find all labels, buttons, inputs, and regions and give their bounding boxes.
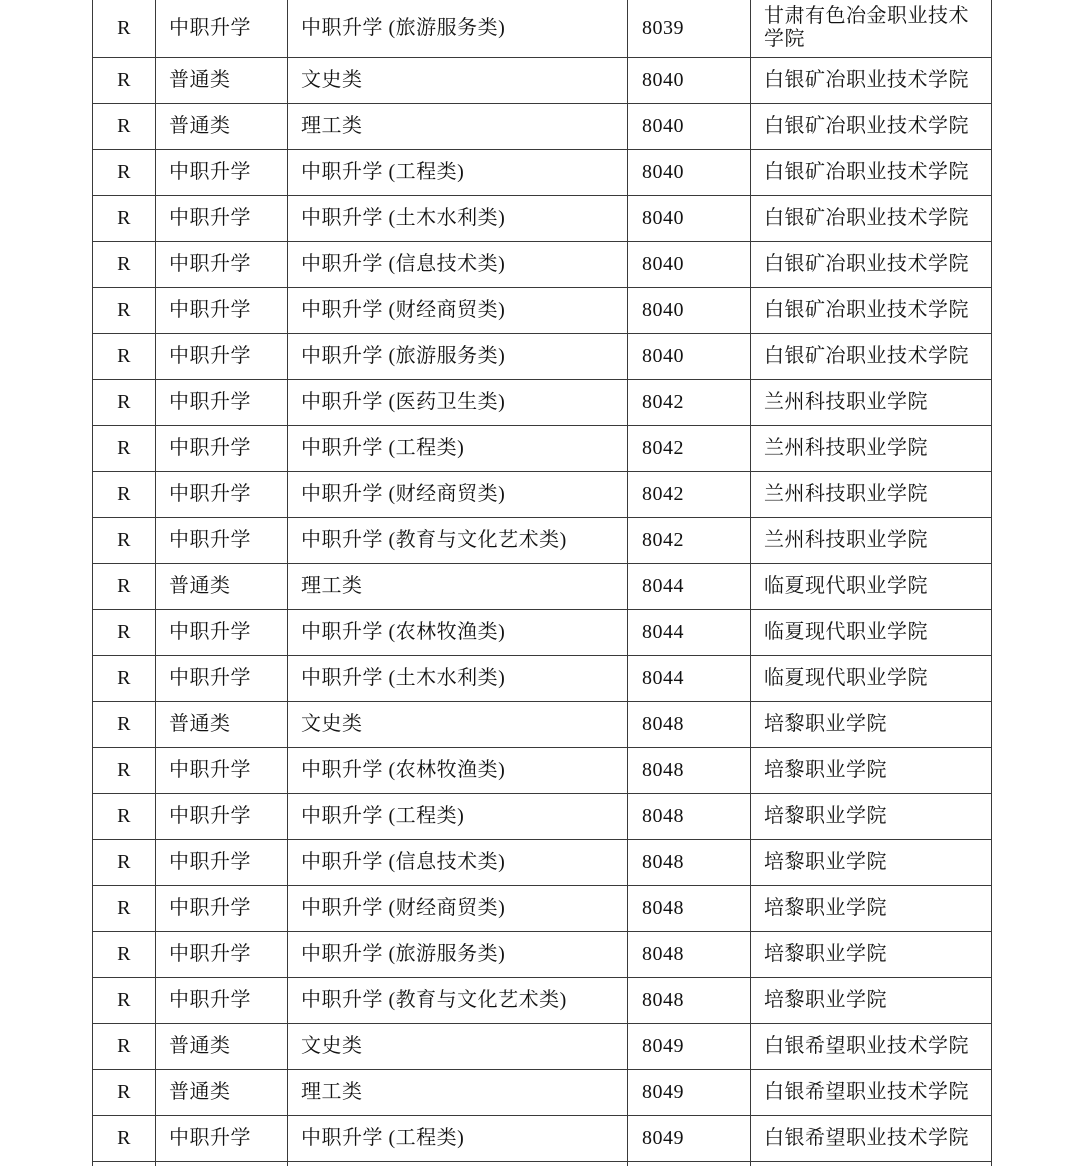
cell-institution: 白银希望职业技术学院 (751, 1069, 992, 1115)
table-row-partial (93, 1161, 992, 1166)
cell-code: 8042 (628, 471, 751, 517)
cell-subcategory: 中职升学 (农林牧渔类) (288, 747, 628, 793)
cell-reg-type: R (93, 977, 156, 1023)
cell-subcategory: 中职升学 (旅游服务类) (288, 931, 628, 977)
cell-code: 8039 (628, 0, 751, 57)
cell-category: 中职升学 (156, 241, 288, 287)
cell-institution: 白银矿冶职业技术学院 (751, 149, 992, 195)
table-row: R 中职升学 中职升学 (工程类) 8040 白银矿冶职业技术学院 (93, 149, 992, 195)
cell-institution: 培黎职业学院 (751, 885, 992, 931)
cell-reg-type: R (93, 931, 156, 977)
table-row: R 中职升学 中职升学 (土木水利类) 8044 临夏现代职业学院 (93, 655, 992, 701)
cell-category: 中职升学 (156, 379, 288, 425)
cell-code: 8044 (628, 563, 751, 609)
cell-institution: 临夏现代职业学院 (751, 609, 992, 655)
cell-reg-type: R (93, 0, 156, 57)
cell-reg-type: R (93, 563, 156, 609)
cell-subcategory: 中职升学 (旅游服务类) (288, 333, 628, 379)
table-row: R 中职升学 中职升学 (农林牧渔类) 8044 临夏现代职业学院 (93, 609, 992, 655)
cell-code: 8048 (628, 701, 751, 747)
cell-reg-type: R (93, 149, 156, 195)
cell-reg-type: R (93, 747, 156, 793)
cell-reg-type: R (93, 655, 156, 701)
cell-subcategory: 中职升学 (医药卫生类) (288, 379, 628, 425)
table-row: R 中职升学 中职升学 (信息技术类) 8048 培黎职业学院 (93, 839, 992, 885)
cell-category: 中职升学 (156, 517, 288, 563)
cell-institution: 培黎职业学院 (751, 977, 992, 1023)
cell-category: 中职升学 (156, 149, 288, 195)
cell-reg-type: R (93, 333, 156, 379)
cell-code: 8048 (628, 885, 751, 931)
cell-code: 8048 (628, 839, 751, 885)
cell-code: 8040 (628, 241, 751, 287)
cell-code: 8040 (628, 333, 751, 379)
cell-institution: 兰州科技职业学院 (751, 471, 992, 517)
cell-institution: 白银希望职业技术学院 (751, 1115, 992, 1161)
table-row: R 中职升学 中职升学 (土木水利类) 8040 白银矿冶职业技术学院 (93, 195, 992, 241)
cell-category: 中职升学 (156, 655, 288, 701)
cell-category: 普通类 (156, 1023, 288, 1069)
table-row: R 中职升学 中职升学 (农林牧渔类) 8048 培黎职业学院 (93, 747, 992, 793)
table-row: R 中职升学 中职升学 (旅游服务类) 8048 培黎职业学院 (93, 931, 992, 977)
cell-institution: 培黎职业学院 (751, 747, 992, 793)
cell-subcategory: 文史类 (288, 57, 628, 103)
cell-reg-type: R (93, 885, 156, 931)
cell-category: 普通类 (156, 103, 288, 149)
document-page: R 中职升学 中职升学 (旅游服务类) 8039 甘肃有色冶金职业技术学院 R … (0, 0, 1080, 1166)
cell-code: 8040 (628, 103, 751, 149)
cell-institution: 兰州科技职业学院 (751, 379, 992, 425)
cell-subcategory: 文史类 (288, 701, 628, 747)
table-row: R 中职升学 中职升学 (工程类) 8048 培黎职业学院 (93, 793, 992, 839)
table-row: R 中职升学 中职升学 (信息技术类) 8040 白银矿冶职业技术学院 (93, 241, 992, 287)
cell-subcategory: 中职升学 (工程类) (288, 793, 628, 839)
cell-subcategory: 中职升学 (旅游服务类) (288, 0, 628, 57)
cell-code: 8049 (628, 1023, 751, 1069)
cell-reg-type: R (93, 1115, 156, 1161)
cell-code: 8044 (628, 609, 751, 655)
cell-category: 中职升学 (156, 793, 288, 839)
cell-subcategory: 文史类 (288, 1023, 628, 1069)
admissions-table-body: R 中职升学 中职升学 (旅游服务类) 8039 甘肃有色冶金职业技术学院 R … (93, 0, 992, 1166)
cell-institution: 临夏现代职业学院 (751, 655, 992, 701)
cell-category: 中职升学 (156, 425, 288, 471)
cell-subcategory: 中职升学 (信息技术类) (288, 241, 628, 287)
cell-institution: 白银矿冶职业技术学院 (751, 103, 992, 149)
cell-category: 普通类 (156, 1069, 288, 1115)
cell-reg-type: R (93, 425, 156, 471)
cell-subcategory: 中职升学 (工程类) (288, 425, 628, 471)
cell-reg-type: R (93, 103, 156, 149)
table-row: R 中职升学 中职升学 (医药卫生类) 8042 兰州科技职业学院 (93, 379, 992, 425)
cell-subcategory: 理工类 (288, 103, 628, 149)
cell-category: 中职升学 (156, 977, 288, 1023)
cell-institution (751, 1161, 992, 1166)
cell-category: 中职升学 (156, 747, 288, 793)
cell-reg-type: R (93, 241, 156, 287)
cell-reg-type: R (93, 839, 156, 885)
cell-institution: 甘肃有色冶金职业技术学院 (751, 0, 992, 57)
cell-institution: 培黎职业学院 (751, 931, 992, 977)
cell-category: 普通类 (156, 57, 288, 103)
cell-institution: 白银矿冶职业技术学院 (751, 241, 992, 287)
cell-reg-type: R (93, 701, 156, 747)
cell-institution: 兰州科技职业学院 (751, 517, 992, 563)
cell-code: 8042 (628, 517, 751, 563)
cell-code: 8048 (628, 793, 751, 839)
table-row: R 中职升学 中职升学 (工程类) 8042 兰州科技职业学院 (93, 425, 992, 471)
cell-reg-type: R (93, 1023, 156, 1069)
cell-reg-type: R (93, 1069, 156, 1115)
table-row: R 中职升学 中职升学 (财经商贸类) 8040 白银矿冶职业技术学院 (93, 287, 992, 333)
cell-category: 中职升学 (156, 1115, 288, 1161)
cell-subcategory: 中职升学 (教育与文化艺术类) (288, 517, 628, 563)
cell-institution: 白银矿冶职业技术学院 (751, 195, 992, 241)
cell-reg-type: R (93, 195, 156, 241)
cell-category: 中职升学 (156, 471, 288, 517)
table-row: R 普通类 理工类 8040 白银矿冶职业技术学院 (93, 103, 992, 149)
admissions-table: R 中职升学 中职升学 (旅游服务类) 8039 甘肃有色冶金职业技术学院 R … (92, 0, 992, 1166)
cell-institution: 白银希望职业技术学院 (751, 1023, 992, 1069)
cell-code: 8042 (628, 379, 751, 425)
cell-code: 8048 (628, 977, 751, 1023)
cell-institution: 白银矿冶职业技术学院 (751, 287, 992, 333)
table-row: R 中职升学 中职升学 (财经商贸类) 8048 培黎职业学院 (93, 885, 992, 931)
cell-reg-type: R (93, 57, 156, 103)
cell-subcategory: 中职升学 (土木水利类) (288, 655, 628, 701)
cell-subcategory: 理工类 (288, 563, 628, 609)
cell-subcategory: 中职升学 (工程类) (288, 149, 628, 195)
table-row: R 普通类 理工类 8049 白银希望职业技术学院 (93, 1069, 992, 1115)
cell-institution: 白银矿冶职业技术学院 (751, 333, 992, 379)
cell-reg-type (93, 1161, 156, 1166)
cell-institution: 白银矿冶职业技术学院 (751, 57, 992, 103)
cell-subcategory: 中职升学 (财经商贸类) (288, 471, 628, 517)
table-row: R 普通类 理工类 8044 临夏现代职业学院 (93, 563, 992, 609)
table-row: R 中职升学 中职升学 (工程类) 8049 白银希望职业技术学院 (93, 1115, 992, 1161)
cell-reg-type: R (93, 379, 156, 425)
cell-category: 中职升学 (156, 0, 288, 57)
cell-institution: 兰州科技职业学院 (751, 425, 992, 471)
cell-category (156, 1161, 288, 1166)
cell-category: 普通类 (156, 563, 288, 609)
cell-code: 8040 (628, 149, 751, 195)
table-row: R 中职升学 中职升学 (旅游服务类) 8040 白银矿冶职业技术学院 (93, 333, 992, 379)
cell-category: 中职升学 (156, 333, 288, 379)
cell-institution: 培黎职业学院 (751, 701, 992, 747)
cell-subcategory: 中职升学 (财经商贸类) (288, 287, 628, 333)
cell-code: 8049 (628, 1115, 751, 1161)
cell-subcategory: 中职升学 (信息技术类) (288, 839, 628, 885)
cell-category: 中职升学 (156, 839, 288, 885)
cell-institution: 培黎职业学院 (751, 793, 992, 839)
cell-code: 8040 (628, 57, 751, 103)
cell-code: 8040 (628, 195, 751, 241)
cell-subcategory: 中职升学 (工程类) (288, 1115, 628, 1161)
cell-code: 8048 (628, 747, 751, 793)
table-row: R 中职升学 中职升学 (教育与文化艺术类) 8042 兰州科技职业学院 (93, 517, 992, 563)
cell-category: 中职升学 (156, 885, 288, 931)
table-row: R 普通类 文史类 8040 白银矿冶职业技术学院 (93, 57, 992, 103)
cell-subcategory: 中职升学 (农林牧渔类) (288, 609, 628, 655)
cell-subcategory: 中职升学 (教育与文化艺术类) (288, 977, 628, 1023)
cell-reg-type: R (93, 793, 156, 839)
cell-code (628, 1161, 751, 1166)
cell-reg-type: R (93, 609, 156, 655)
cell-code: 8048 (628, 931, 751, 977)
table-row: R 中职升学 中职升学 (教育与文化艺术类) 8048 培黎职业学院 (93, 977, 992, 1023)
cell-institution: 培黎职业学院 (751, 839, 992, 885)
table-row: R 中职升学 中职升学 (财经商贸类) 8042 兰州科技职业学院 (93, 471, 992, 517)
table-row: R 普通类 文史类 8049 白银希望职业技术学院 (93, 1023, 992, 1069)
cell-code: 8040 (628, 287, 751, 333)
cell-code: 8044 (628, 655, 751, 701)
table-row: R 普通类 文史类 8048 培黎职业学院 (93, 701, 992, 747)
cell-reg-type: R (93, 471, 156, 517)
table-row: R 中职升学 中职升学 (旅游服务类) 8039 甘肃有色冶金职业技术学院 (93, 0, 992, 57)
cell-subcategory (288, 1161, 628, 1166)
cell-category: 中职升学 (156, 931, 288, 977)
cell-subcategory: 中职升学 (土木水利类) (288, 195, 628, 241)
cell-code: 8049 (628, 1069, 751, 1115)
cell-category: 中职升学 (156, 287, 288, 333)
cell-subcategory: 理工类 (288, 1069, 628, 1115)
cell-category: 普通类 (156, 701, 288, 747)
cell-code: 8042 (628, 425, 751, 471)
cell-category: 中职升学 (156, 195, 288, 241)
cell-category: 中职升学 (156, 609, 288, 655)
cell-institution: 临夏现代职业学院 (751, 563, 992, 609)
cell-reg-type: R (93, 287, 156, 333)
cell-subcategory: 中职升学 (财经商贸类) (288, 885, 628, 931)
cell-reg-type: R (93, 517, 156, 563)
